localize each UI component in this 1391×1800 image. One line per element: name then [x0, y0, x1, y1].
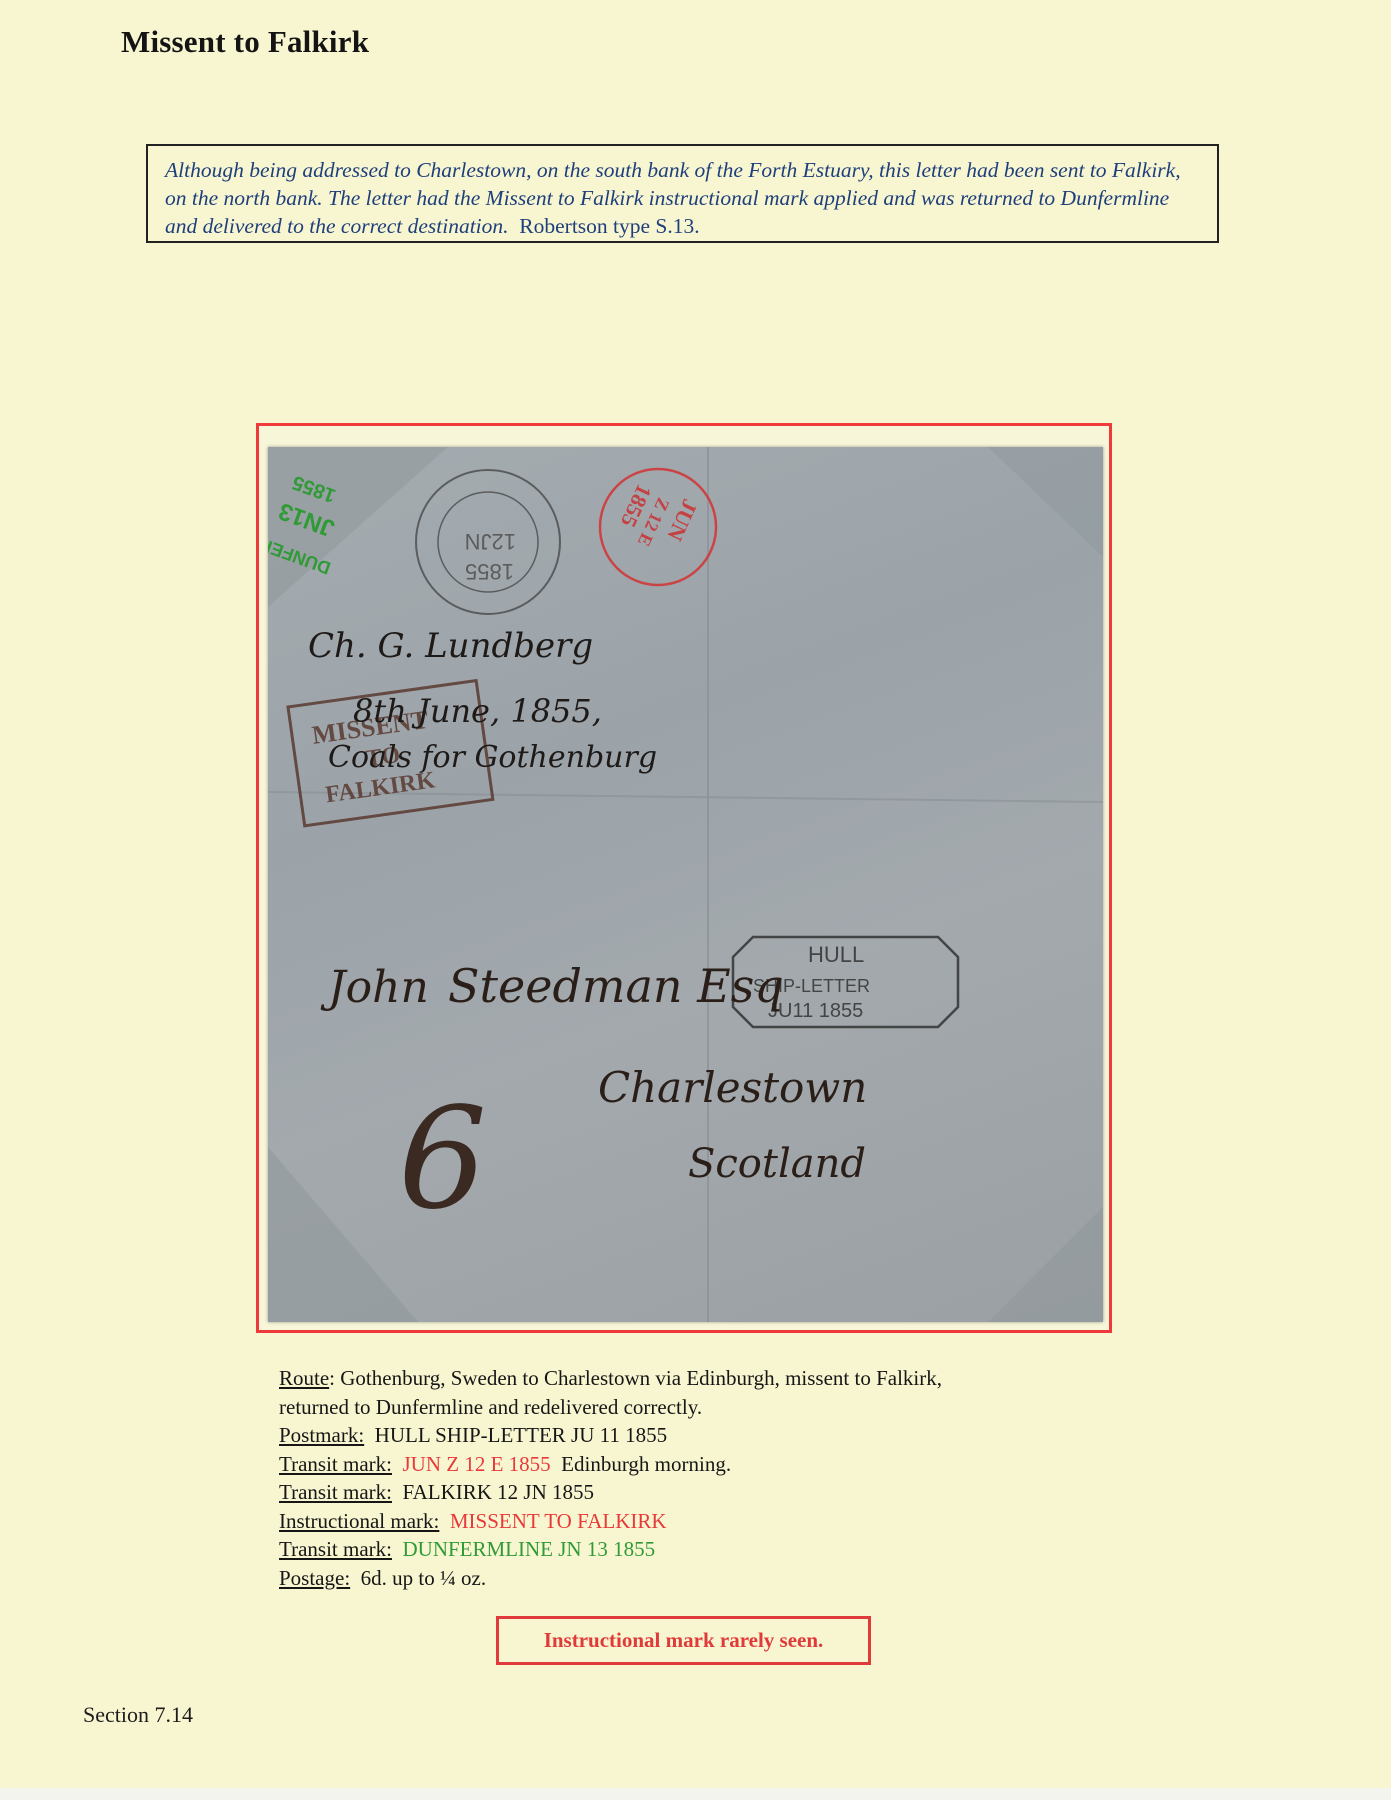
postmark-value: HULL SHIP-LETTER JU 11 1855 — [375, 1423, 667, 1447]
svg-text:1855: 1855 — [465, 559, 514, 584]
postage-value: 6d. up to ¼ oz. — [361, 1566, 486, 1590]
postage-row: Postage: 6d. up to ¼ oz. — [279, 1564, 1099, 1593]
svg-text:Charlestown: Charlestown — [598, 1063, 867, 1112]
route-text: : Gothenburg, Sweden to Charlestown via … — [329, 1366, 942, 1390]
route-row: Route: Gothenburg, Sweden to Charlestown… — [279, 1364, 1099, 1393]
transit-note: Edinburgh morning. — [561, 1452, 731, 1476]
instructional-value: MISSENT TO FALKIRK — [450, 1509, 667, 1533]
handwritten-docket: Ch. G. Lundberg 8th June, 1855, Coals fo… — [308, 626, 657, 775]
edinburgh-postmark: JUN Z 12 E 1855 — [600, 469, 716, 585]
postage-label: Postage: — [279, 1566, 350, 1590]
page-title: Missent to Falkirk — [121, 24, 369, 60]
transit-label: Transit mark: — [279, 1452, 392, 1476]
route-label: Route — [279, 1366, 329, 1390]
route-text-2: returned to Dunfermline and redelivered … — [279, 1395, 702, 1419]
svg-text:John: John — [320, 962, 429, 1013]
svg-text:Steedman Esq: Steedman Esq — [448, 959, 784, 1013]
instructional-label: Instructional mark: — [279, 1509, 439, 1533]
transit-row-dunfermline: Transit mark: DUNFERMLINE JN 13 1855 — [279, 1535, 1099, 1564]
transit-row-falkirk: Transit mark: FALKIRK 12 JN 1855 — [279, 1478, 1099, 1507]
rarity-note: Instructional mark rarely seen. — [496, 1616, 871, 1665]
svg-text:HULL: HULL — [808, 942, 864, 967]
page-bottom-edge — [0, 1788, 1391, 1800]
svg-text:Coals for Gothenburg: Coals for Gothenburg — [328, 740, 657, 775]
postmark-label: Postmark: — [279, 1423, 364, 1447]
postmark-row: Postmark: HULL SHIP-LETTER JU 11 1855 — [279, 1421, 1099, 1450]
section-label: Section 7.14 — [83, 1702, 193, 1728]
transit-value-edinburgh: JUN Z 12 E 1855 — [402, 1452, 550, 1476]
transit-label: Transit mark: — [279, 1480, 392, 1504]
instructional-row: Instructional mark: MISSENT TO FALKIRK — [279, 1507, 1099, 1536]
svg-text:6: 6 — [398, 1078, 487, 1241]
cover-details: Route: Gothenburg, Sweden to Charlestown… — [279, 1364, 1099, 1592]
postal-cover-image: DUNFERMLINE JN13 1855 1855 12JN JUN Z 12… — [268, 447, 1103, 1322]
description-box: Although being addressed to Charlestown,… — [146, 144, 1219, 243]
falkirk-postmark: 1855 12JN — [416, 470, 560, 614]
svg-text:Scotland: Scotland — [688, 1141, 866, 1187]
route-row-2: returned to Dunfermline and redelivered … — [279, 1393, 1099, 1422]
transit-row-edinburgh: Transit mark: JUN Z 12 E 1855 Edinburgh … — [279, 1450, 1099, 1479]
svg-text:8th June, 1855,: 8th June, 1855, — [353, 692, 602, 730]
robertson-reference: Robertson type S.13. — [519, 214, 699, 238]
svg-text:12JN: 12JN — [465, 529, 516, 554]
svg-text:Ch. G. Lundberg: Ch. G. Lundberg — [308, 626, 593, 666]
transit-value-falkirk: FALKIRK 12 JN 1855 — [402, 1480, 594, 1504]
transit-label: Transit mark: — [279, 1537, 392, 1561]
transit-value-dunfermline: DUNFERMLINE JN 13 1855 — [402, 1537, 655, 1561]
